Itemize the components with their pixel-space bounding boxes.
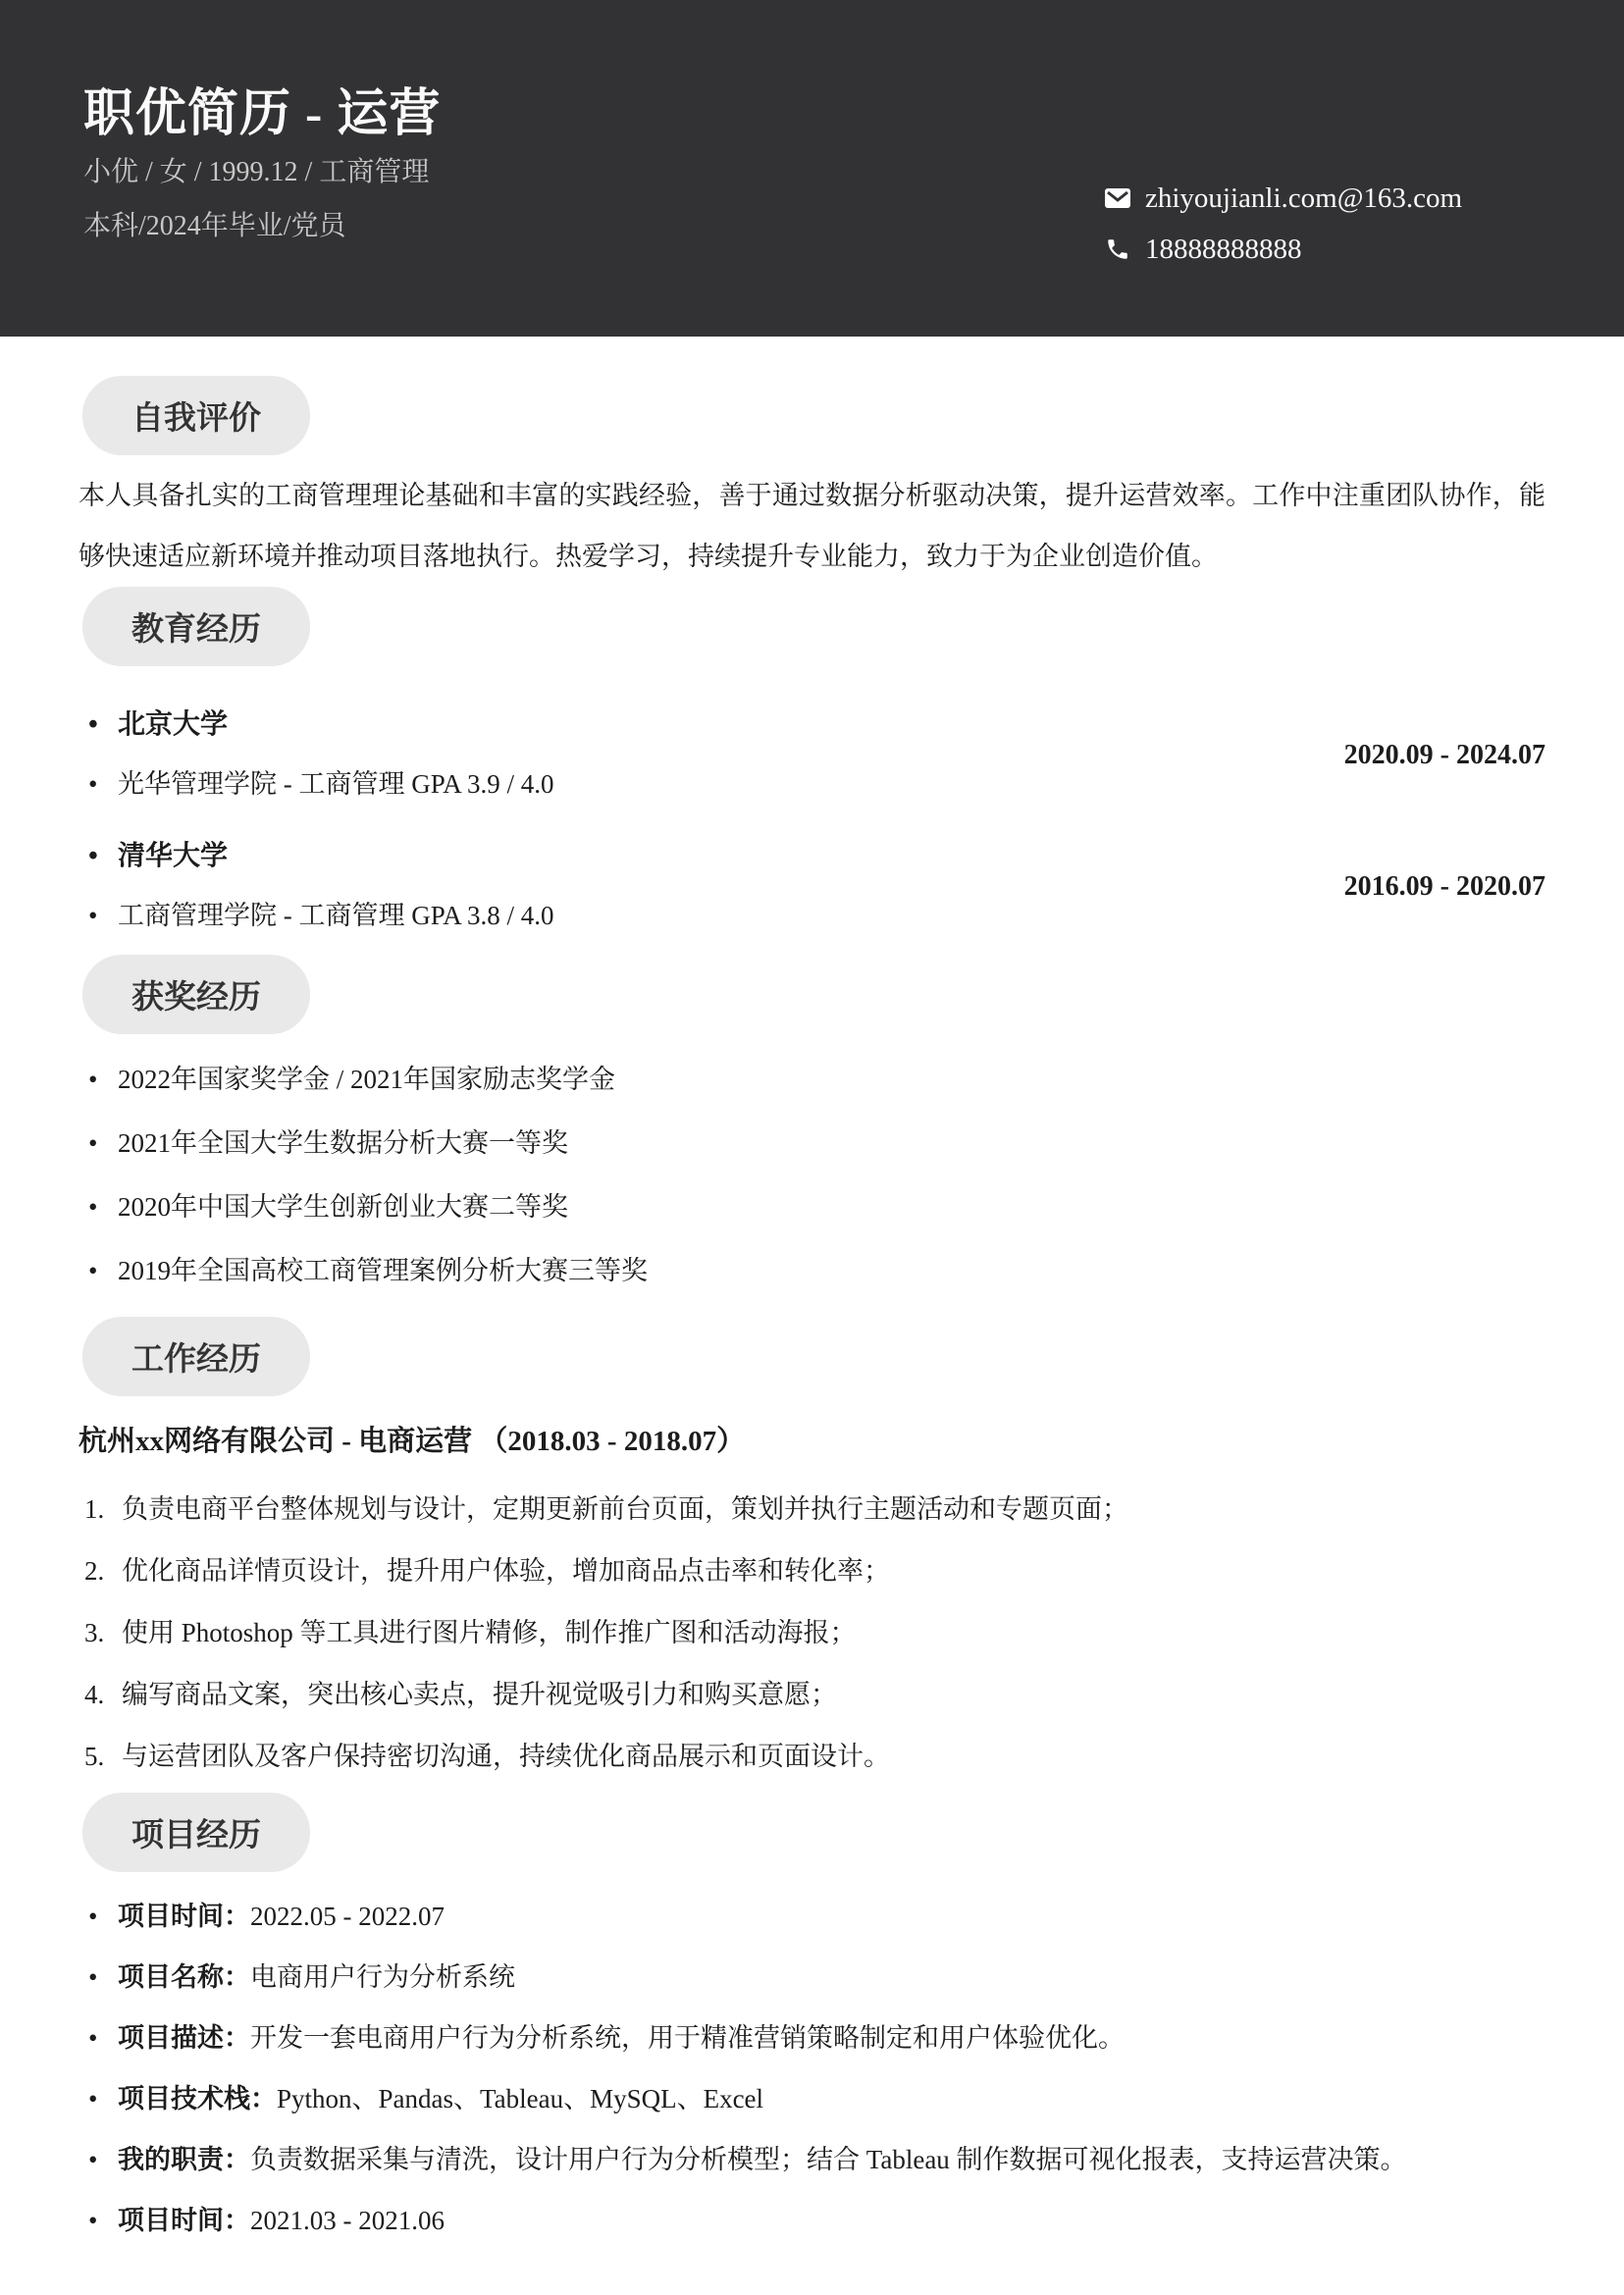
project-field-value: 开发一套电商用户行为分析系统，用于精准营销策略制定和用户体验优化。 (250, 2023, 1125, 2053)
work-duty-item: 与运营团队及客户保持密切沟通，持续优化商品展示和页面设计。 (79, 1726, 1545, 1788)
school-name: 北京大学 (79, 696, 1545, 755)
work-duty-list: 负责电商平台整体规划与设计，定期更新前台页面，策划并执行主题活动和专题页面； 优… (79, 1479, 1545, 1788)
project-field-value: Python、Pandas、Tableau、MySQL、Excel (277, 2084, 763, 2113)
self-evaluation-text: 本人具备扎实的工商管理理论基础和丰富的实践经验，善于通过数据分析驱动决策，提升运… (79, 465, 1545, 587)
awards-list: 2022年国家奖学金 / 2021年国家励志奖学金 2021年全国大学生数据分析… (79, 1048, 1545, 1303)
email-icon (1102, 183, 1133, 213)
project-field-label: 项目名称： (118, 1962, 250, 1992)
award-item: 2020年中国大学生创新创业大赛二等奖 (79, 1175, 1545, 1239)
education-item: 清华大学 工商管理学院 - 工商管理 GPA 3.8 / 4.0 2016.09… (79, 827, 1545, 945)
section-title-self-evaluation: 自我评价 (82, 376, 310, 455)
education-period: 2016.09 - 2020.07 (1344, 860, 1545, 913)
contact-block: zhiyoujianli.com@163.com 18888888888 (1102, 173, 1462, 275)
resume-title: 职优简历 - 运营 (83, 84, 1541, 145)
award-item: 2021年全国大学生数据分析大赛一等奖 (79, 1112, 1545, 1175)
work-company-heading: 杭州xx网络有限公司 - 电商运营 （2018.03 - 2018.07） (79, 1418, 1545, 1465)
school-detail: 光华管理学院 - 工商管理 GPA 3.9 / 4.0 (79, 755, 1545, 813)
resume-header: 职优简历 - 运营 小优 / 女 / 1999.12 / 工商管理 本科/202… (0, 0, 1624, 337)
project-field-label: 项目时间： (118, 1902, 250, 1931)
project-item: 项目名称：电商用户行为分析系统 (79, 1947, 1545, 2008)
award-item: 2019年全国高校工商管理案例分析大赛三等奖 (79, 1239, 1545, 1303)
project-field-label: 项目技术栈： (118, 2084, 277, 2113)
section-title-education: 教育经历 (82, 587, 310, 666)
project-field-value: 负责数据采集与清洗，设计用户行为分析模型；结合 Tableau 制作数据可视化报… (250, 2145, 1407, 2174)
project-item: 项目描述：开发一套电商用户行为分析系统，用于精准营销策略制定和用户体验优化。 (79, 2008, 1545, 2068)
section-title-awards: 获奖经历 (82, 955, 310, 1034)
project-list: 项目时间：2022.05 - 2022.07 项目名称：电商用户行为分析系统 项… (79, 1886, 1545, 2251)
education-period: 2020.09 - 2024.07 (1344, 728, 1545, 782)
email-row: zhiyoujianli.com@163.com (1102, 173, 1462, 224)
phone-text: 18888888888 (1145, 234, 1302, 266)
project-field-value: 2021.03 - 2021.06 (250, 2206, 445, 2235)
work-duty-item: 使用 Photoshop 等工具进行图片精修，制作推广图和活动海报； (79, 1602, 1545, 1664)
email-text: zhiyoujianli.com@163.com (1145, 183, 1462, 215)
work-duty-item: 编写商品文案，突出核心卖点，提升视觉吸引力和购买意愿； (79, 1664, 1545, 1726)
section-title-work: 工作经历 (82, 1317, 310, 1396)
project-item: 我的职责：负责数据采集与清洗，设计用户行为分析模型；结合 Tableau 制作数… (79, 2129, 1545, 2190)
section-title-projects: 项目经历 (82, 1793, 310, 1872)
project-field-label: 项目描述： (118, 2023, 250, 2053)
work-duty-item: 负责电商平台整体规划与设计，定期更新前台页面，策划并执行主题活动和专题页面； (79, 1479, 1545, 1540)
project-field-label: 我的职责： (118, 2145, 250, 2174)
education-list: 北京大学 光华管理学院 - 工商管理 GPA 3.9 / 4.0 2020.09… (79, 696, 1545, 945)
work-duty-item: 优化商品详情页设计，提升用户体验，增加商品点击率和转化率； (79, 1540, 1545, 1602)
phone-icon (1102, 236, 1133, 262)
resume-body: 自我评价 本人具备扎实的工商管理理论基础和丰富的实践经验，善于通过数据分析驱动决… (0, 337, 1624, 2251)
school-name: 清华大学 (79, 827, 1545, 886)
education-item: 北京大学 光华管理学院 - 工商管理 GPA 3.9 / 4.0 2020.09… (79, 696, 1545, 813)
award-item: 2022年国家奖学金 / 2021年国家励志奖学金 (79, 1048, 1545, 1112)
project-field-label: 项目时间： (118, 2206, 250, 2235)
project-field-value: 电商用户行为分析系统 (250, 1962, 515, 1992)
phone-row: 18888888888 (1102, 224, 1462, 275)
project-item: 项目时间：2021.03 - 2021.06 (79, 2190, 1545, 2251)
school-detail: 工商管理学院 - 工商管理 GPA 3.8 / 4.0 (79, 886, 1545, 945)
project-field-value: 2022.05 - 2022.07 (250, 1902, 445, 1931)
project-item: 项目技术栈：Python、Pandas、Tableau、MySQL、Excel (79, 2068, 1545, 2129)
project-item: 项目时间：2022.05 - 2022.07 (79, 1886, 1545, 1947)
